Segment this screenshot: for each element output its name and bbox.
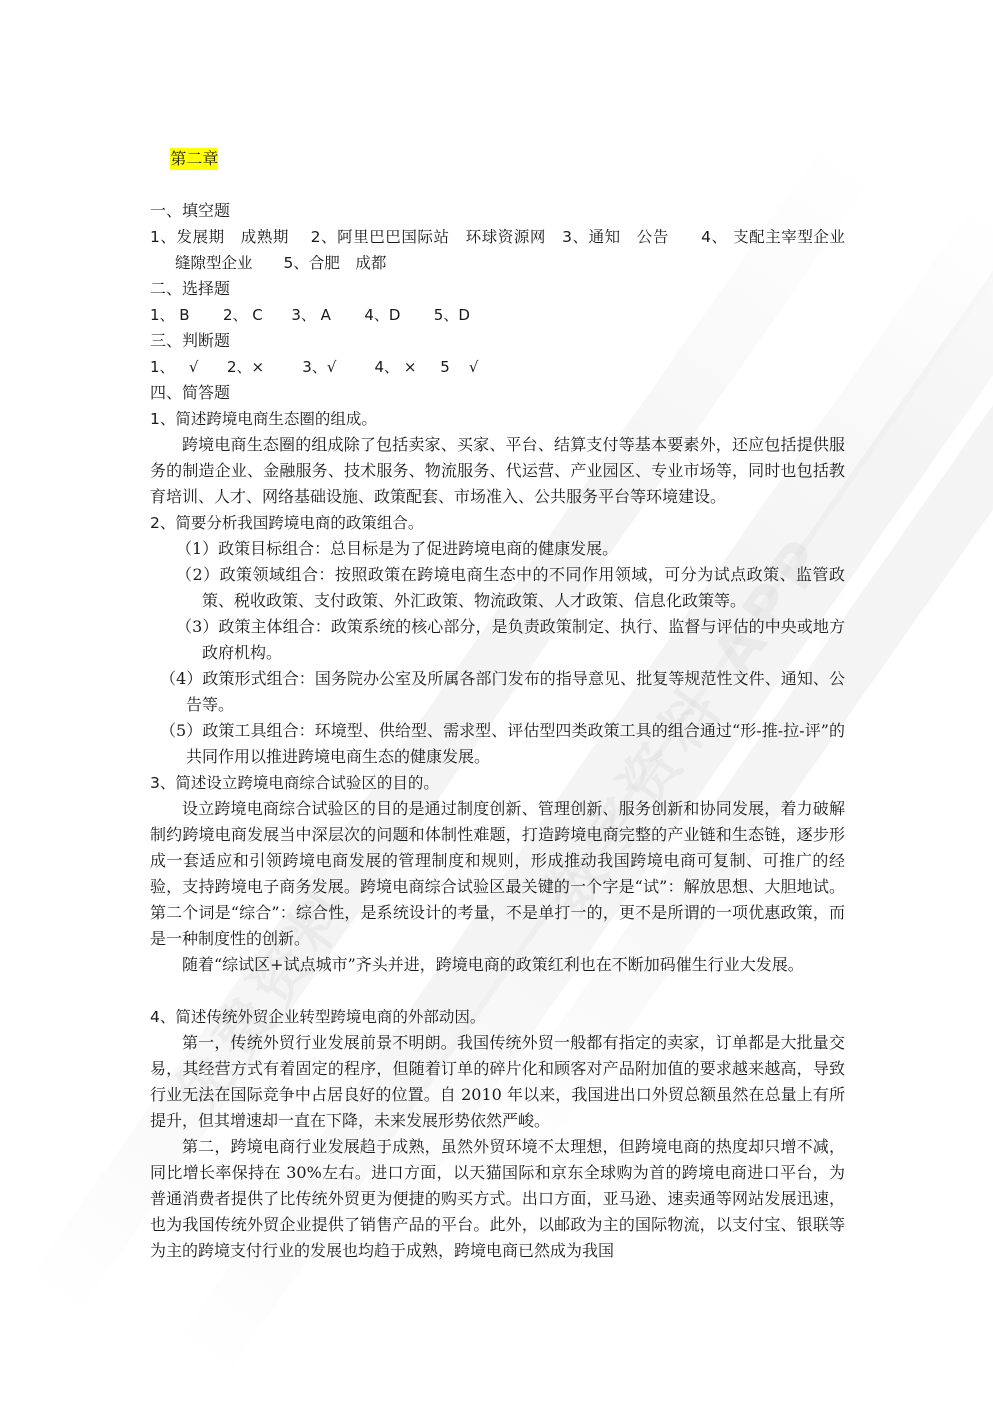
question-title: 3、简述设立跨境电商综合试验区的目的。 [150,770,845,796]
chapter-heading-line: 第二章 [150,120,845,198]
answer-paragraph: 随着“综试区+试点城市”齐头并进，跨境电商的政策红利也在不断加码催生行业大发展。 [150,952,845,978]
answer-paragraph: 第二，跨境电商行业发展趋于成熟，虽然外贸环境不太理想，但跨境电商的热度却只增不减… [150,1134,845,1264]
question-title: 2、简要分析我国跨境电商的政策组合。 [150,510,845,536]
section-heading-short-answer: 四、简答题 [150,380,845,406]
policy-item: （4）政策形式组合：国务院办公室及所属各部门发布的指导意见、批复等规范性文件、通… [150,666,845,718]
policy-item: （3）政策主体组合：政策系统的核心部分，是负责政策制定、执行、监督与评估的中央或… [150,614,845,666]
question-title: 1、简述跨境电商生态圈的组成。 [150,406,845,432]
answer-paragraph: 设立跨境电商综合试验区的目的是通过制度创新、管理创新、服务创新和协同发展，着力破… [150,796,845,952]
document-page: 第二章 一、填空题 1、发展期 成熟期 2、阿里巴巴国际站 环球资源网 3、通知… [150,120,845,1264]
policy-item: （2）政策领域组合：按照政策在跨境电商生态中的不同作用领域，可分为试点政策、监管… [150,562,845,614]
chapter-title: 第二章 [170,148,218,170]
section-heading-fill-blank: 一、填空题 [150,198,845,224]
policy-item: （1）政策目标组合：总目标是为了促进跨境电商的健康发展。 [150,536,845,562]
judgment-answers: 1、 √ 2、× 3、√ 4、 × 5 √ [150,354,845,380]
section-heading-judgment: 三、判断题 [150,328,845,354]
choice-answers: 1、 B 2、 C 3、 A 4、D 5、D [150,302,845,328]
answer-paragraph: 跨境电商生态圈的组成除了包括卖家、买家、平台、结算支付等基本要素外，还应包括提供… [150,432,845,510]
policy-item: （5）政策工具组合：环境型、供给型、需求型、评估型四类政策工具的组合通过“形-推… [150,718,845,770]
fill-blank-answers: 1、发展期 成熟期 2、阿里巴巴国际站 环球资源网 3、通知 公告 4、 支配主… [150,224,845,276]
answer-paragraph: 第一，传统外贸行业发展前景不明朗。我国传统外贸一般都有指定的卖家，订单都是大批量… [150,1030,845,1134]
blank-line [150,978,845,1004]
question-title: 4、简述传统外贸企业转型跨境电商的外部动因。 [150,1004,845,1030]
section-heading-choice: 二、选择题 [150,276,845,302]
